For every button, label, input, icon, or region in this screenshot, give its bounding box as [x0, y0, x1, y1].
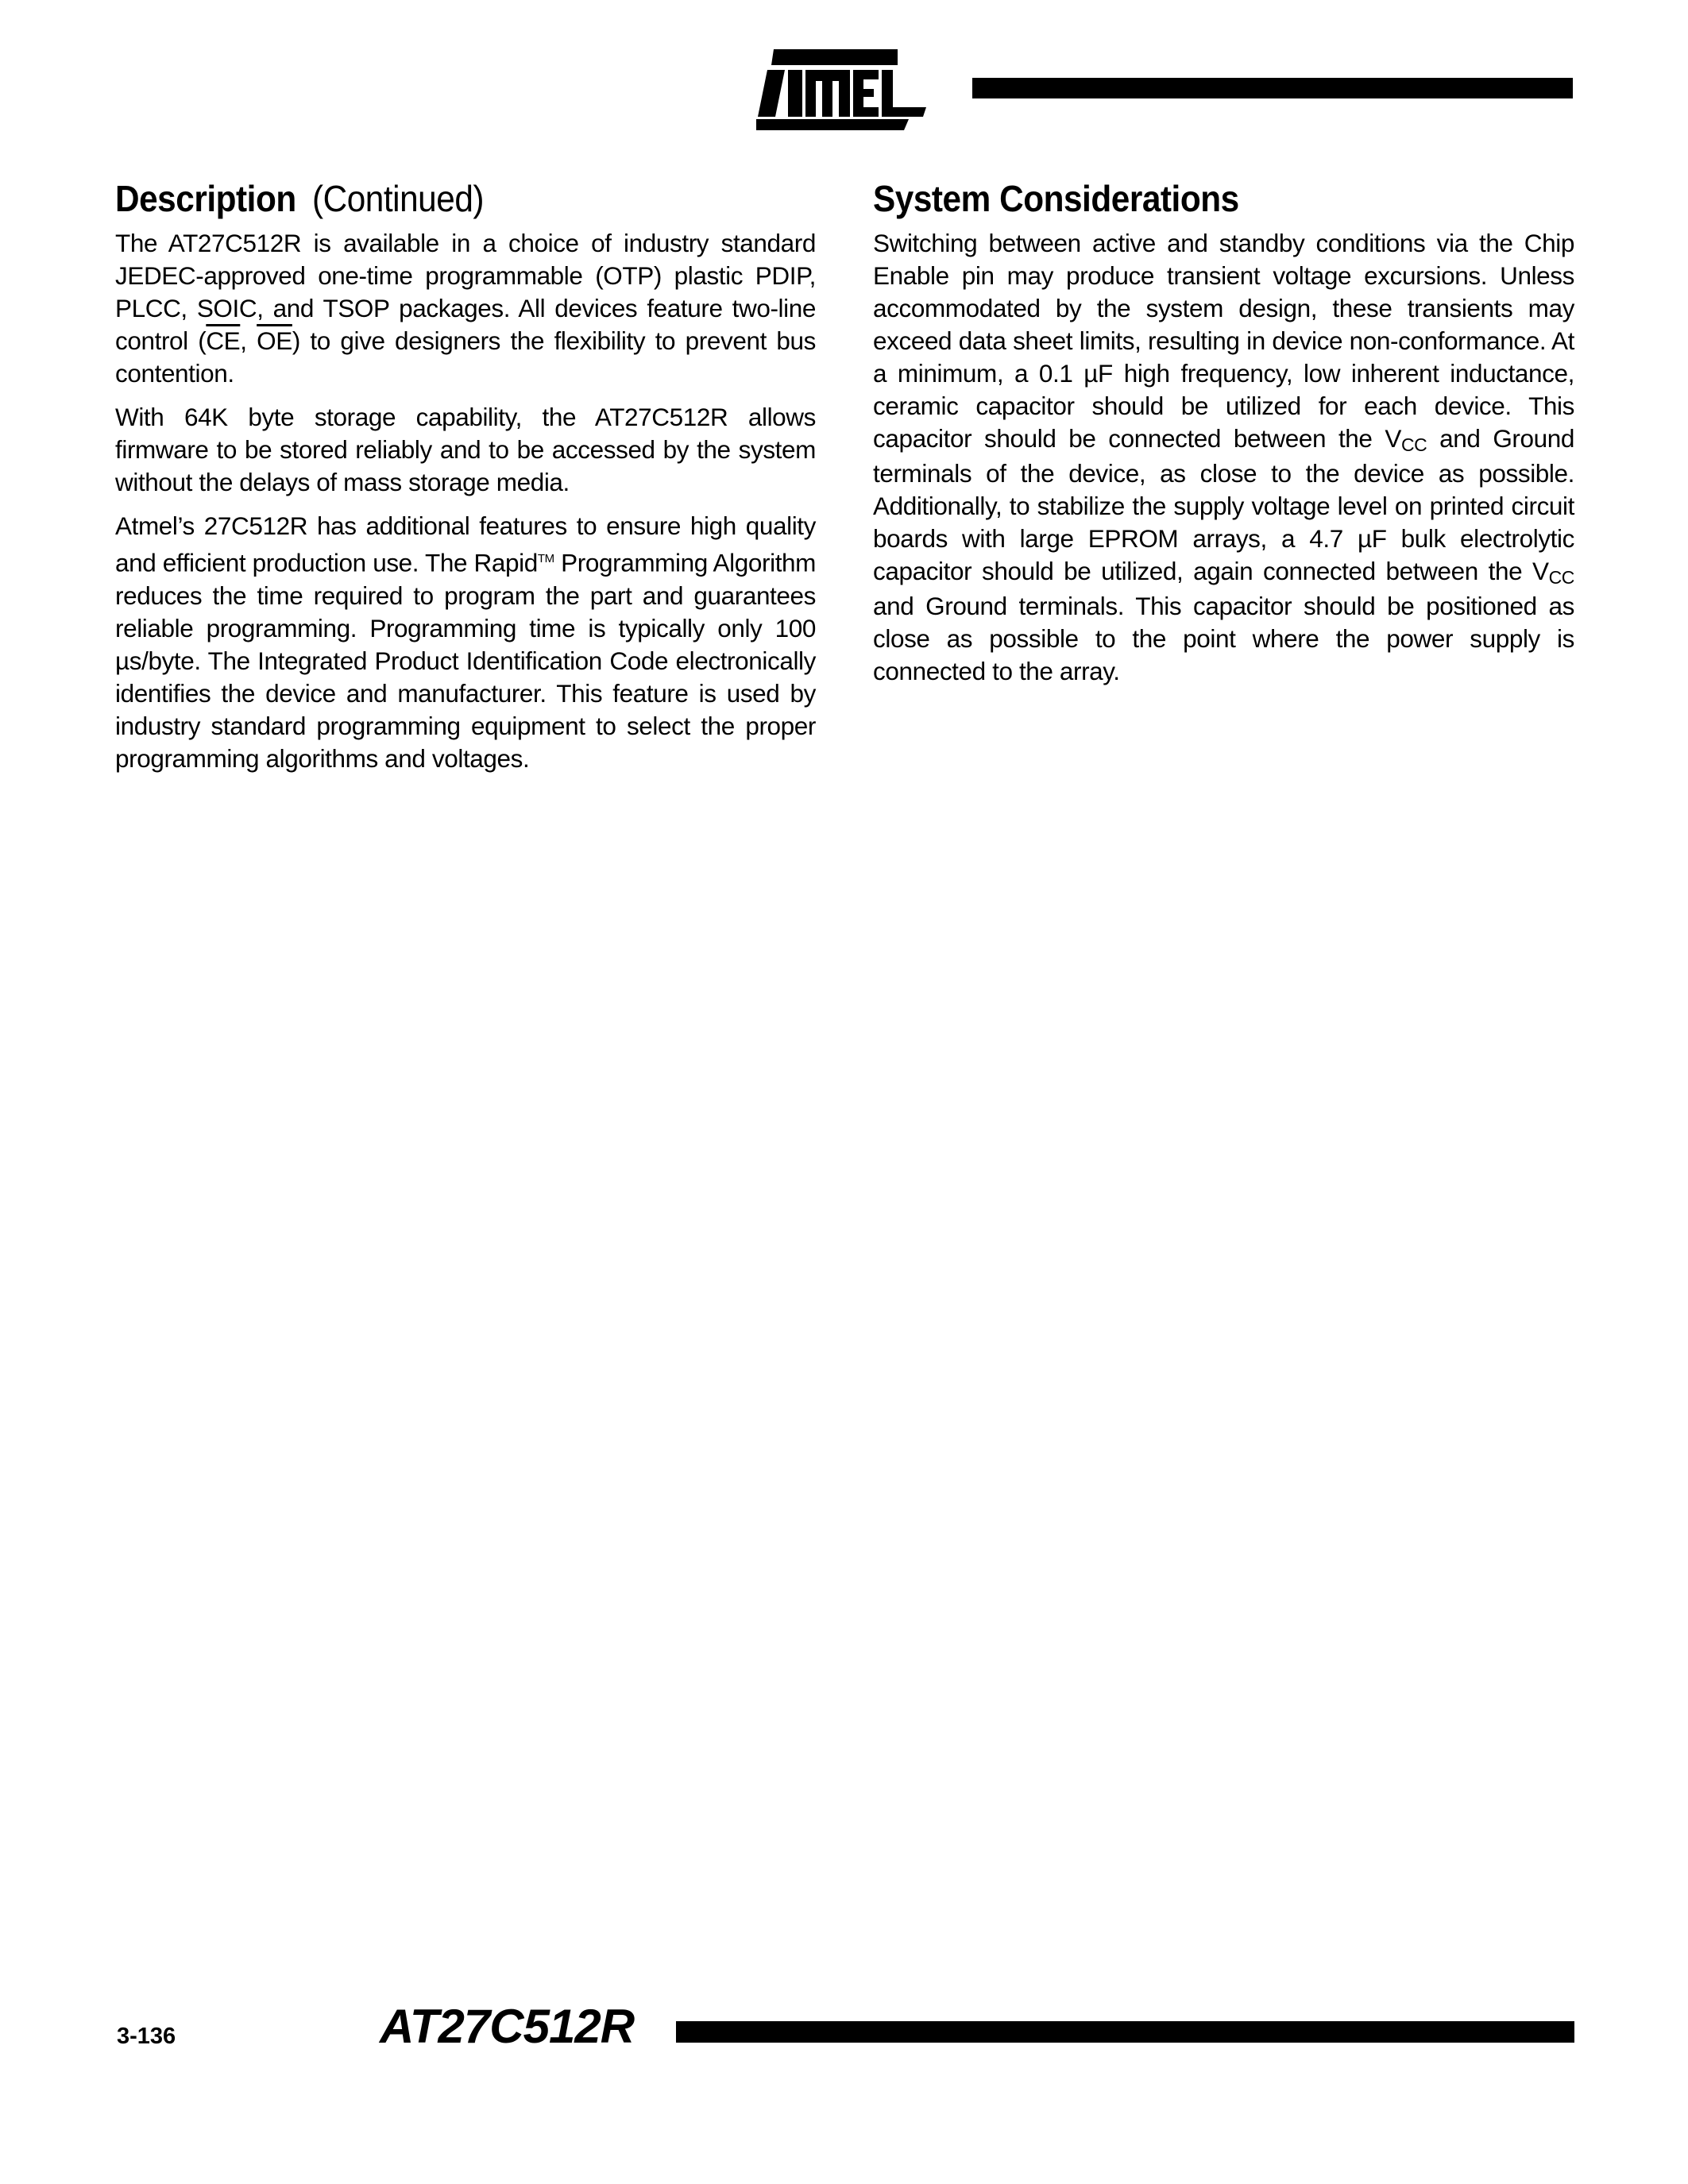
ce-signal: CE: [206, 326, 240, 355]
description-section: Description(Continued) The AT27C512R is …: [115, 176, 816, 786]
oe-signal: OE: [257, 326, 292, 355]
trademark: TM: [538, 552, 554, 565]
paragraph: With 64K byte storage capability, the AT…: [115, 401, 816, 499]
section-heading: Description(Continued): [115, 176, 759, 221]
section-heading: System Considerations: [873, 176, 1518, 221]
atmel-logo-icon: [756, 49, 928, 130]
paragraph: Switching between active and standby con…: [873, 227, 1574, 688]
page-number: 3-136: [117, 2024, 176, 2050]
footer-part-number: AT27C512R: [380, 2003, 634, 2051]
footer-rule: [676, 2021, 1574, 2043]
paragraph: Atmel’s 27C512R has additional features …: [115, 510, 816, 775]
system-considerations-section: System Considerations Switching between …: [873, 176, 1574, 699]
header-rule: [972, 78, 1573, 98]
paragraph: The AT27C512R is available in a choice o…: [115, 227, 816, 390]
